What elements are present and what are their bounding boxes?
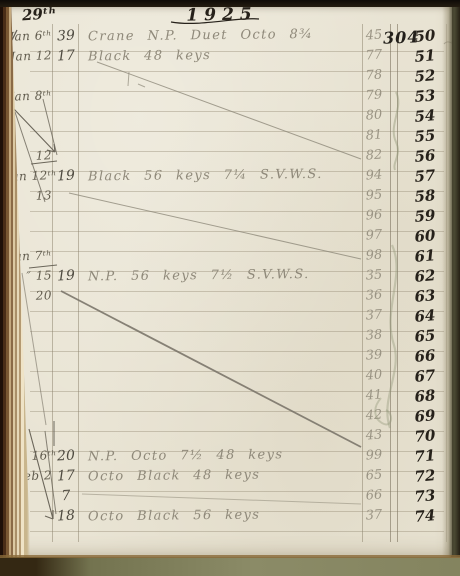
description-cell xyxy=(88,385,350,408)
item-number-cell xyxy=(53,65,78,86)
pencil-number-cell: 97 xyxy=(357,225,390,247)
item-number-cell: 7 xyxy=(53,485,78,506)
description-cell xyxy=(88,485,350,508)
item-number-cell: 39 xyxy=(53,25,78,46)
item-number-cell: 17 xyxy=(53,465,78,486)
date-cell: Jan 6ᵗʰ xyxy=(6,25,53,47)
item-number-cell xyxy=(53,285,78,306)
pencil-number-cell: 35 xyxy=(357,265,390,287)
pencil-number-cell: 80 xyxy=(357,105,390,127)
description-cell xyxy=(88,405,350,428)
pencil-number-cell: 77 xyxy=(357,45,390,67)
description-cell xyxy=(88,105,350,128)
ledger-row: 13 95 58 xyxy=(6,186,452,206)
ledger-row: 41 68 xyxy=(6,386,452,406)
ledger-row: 20 36 63 xyxy=(6,286,452,306)
scanned-ledger-page: 29ᵗʰ 1925 304 Jan 6ᵗʰ 39 Crane N.P. Duet… xyxy=(0,0,460,576)
pencil-number-cell: 41 xyxy=(357,385,390,407)
item-number-cell xyxy=(53,245,78,266)
ledger-row: Jan 12ᵗʰ 19 Black 56 keys 7¼ S.V.W.S. 94… xyxy=(6,166,452,186)
ledger-row: Jan 16ᵗʰ 20 N.P. Octo 7½ 48 keys 99 71 xyxy=(6,446,452,466)
item-number-cell: 20 xyxy=(53,445,78,466)
pencil-number-cell: 37 xyxy=(357,305,390,327)
ledger-row: 37 64 xyxy=(6,306,452,326)
description-cell xyxy=(88,425,350,448)
item-number-cell xyxy=(53,325,78,346)
ledger-row: Jan 7ᵗʰ 98 61 xyxy=(6,246,452,266)
pencil-number-cell: 42 xyxy=(357,405,390,427)
description-cell: Crane N.P. Duet Octo 8¾ xyxy=(88,25,350,48)
description-cell xyxy=(88,245,350,268)
pencil-number-cell: 43 xyxy=(357,425,390,447)
item-number-cell xyxy=(53,125,78,146)
description-cell xyxy=(88,85,350,108)
description-cell xyxy=(88,205,350,228)
item-number-cell xyxy=(53,405,78,426)
item-number-cell: 19 xyxy=(53,165,78,186)
item-number-cell xyxy=(53,185,78,206)
description-cell: Black 56 keys 7¼ S.V.W.S. xyxy=(88,165,350,188)
description-cell xyxy=(88,185,350,208)
description-cell xyxy=(88,345,350,368)
pencil-number-cell: 36 xyxy=(357,285,390,307)
item-number-cell xyxy=(53,425,78,446)
ledger-row: 80 54 xyxy=(6,106,452,126)
pencil-number-cell: 45 xyxy=(357,25,390,47)
item-number-cell xyxy=(53,365,78,386)
item-number-cell: 17 xyxy=(53,45,78,66)
pencil-number-cell: 81 xyxy=(357,125,390,147)
pencil-number-cell: 82 xyxy=(357,145,390,167)
item-number-cell: 18 xyxy=(53,505,78,526)
year-title: 1925 xyxy=(172,4,272,26)
pencil-number-cell: 65 xyxy=(357,465,390,487)
ledger-row: 43 70 xyxy=(6,426,452,446)
item-number-cell xyxy=(53,385,78,406)
pencil-number-cell: 96 xyxy=(357,205,390,227)
pencil-number-cell: 98 xyxy=(357,245,390,267)
frame-bottom xyxy=(0,557,460,576)
ledger-row: 96 59 xyxy=(6,206,452,226)
page-edge-right xyxy=(442,0,460,576)
ledger-row: 81 55 xyxy=(6,126,452,146)
description-cell: Octo Black 48 keys xyxy=(88,465,350,488)
pencil-number-cell: 95 xyxy=(357,185,390,207)
item-number-cell xyxy=(53,105,78,126)
ledger-row: ″ 15 19 N.P. 56 keys 7½ S.V.W.S. 35 62 xyxy=(6,266,452,286)
corner-date-note: 29ᵗʰ xyxy=(22,7,63,23)
ledger-row: 40 67 xyxy=(6,366,452,386)
ledger-row: 39 66 xyxy=(6,346,452,366)
ledger-paper: 29ᵗʰ 1925 304 Jan 6ᵗʰ 39 Crane N.P. Duet… xyxy=(6,6,452,558)
ledger-row: Jan 6ᵗʰ 39 Crane N.P. Duet Octo 8¾ 45 50 xyxy=(6,26,452,46)
description-cell xyxy=(88,145,350,168)
description-cell xyxy=(88,305,350,328)
pencil-number-cell: 94 xyxy=(357,165,390,187)
ledger-row: 18 Octo Black 56 keys 37 74 xyxy=(6,506,452,526)
description-cell xyxy=(88,225,350,248)
description-cell: N.P. Octo 7½ 48 keys xyxy=(88,445,350,468)
ledger-row: Jan 12 17 Black 48 keys 77 51 xyxy=(6,46,452,66)
description-cell xyxy=(88,325,350,348)
ledger-row: 97 60 xyxy=(6,226,452,246)
ledger-row: 42 69 xyxy=(6,406,452,426)
ledger-row: Jan 8ᵗʰ 79 53 xyxy=(6,86,452,106)
ledger-row: 7 66 73 xyxy=(6,486,452,506)
pencil-number-cell: 39 xyxy=(357,345,390,367)
description-cell: Black 48 keys xyxy=(88,45,350,68)
pencil-number-cell: 38 xyxy=(357,325,390,347)
item-number-cell xyxy=(53,85,78,106)
description-cell: Octo Black 56 keys xyxy=(88,505,350,528)
description-cell: N.P. 56 keys 7½ S.V.W.S. xyxy=(88,265,350,288)
description-cell xyxy=(88,365,350,388)
ledger-row: Feb 2 17 Octo Black 48 keys 65 72 xyxy=(6,466,452,486)
item-number-cell: 19 xyxy=(53,265,78,286)
pencil-number-cell: 99 xyxy=(357,445,390,467)
pencil-number-cell: 37 xyxy=(357,505,390,527)
item-number-cell xyxy=(53,205,78,226)
item-number-cell xyxy=(53,225,78,246)
item-number-cell xyxy=(53,145,78,166)
pencil-number-cell: 78 xyxy=(357,65,390,87)
item-number-cell xyxy=(53,305,78,326)
pencil-number-cell: 40 xyxy=(357,365,390,387)
ledger-row: 38 65 xyxy=(6,326,452,346)
description-cell xyxy=(88,125,350,148)
pencil-number-cell: 66 xyxy=(357,485,390,507)
pencil-number-cell: 79 xyxy=(357,85,390,107)
ledger-row: 78 52 xyxy=(6,66,452,86)
frame-top xyxy=(0,0,460,7)
description-cell xyxy=(88,285,350,308)
ledger-row: 12 82 56 xyxy=(6,146,452,166)
item-number-cell xyxy=(53,345,78,366)
description-cell xyxy=(88,65,350,88)
